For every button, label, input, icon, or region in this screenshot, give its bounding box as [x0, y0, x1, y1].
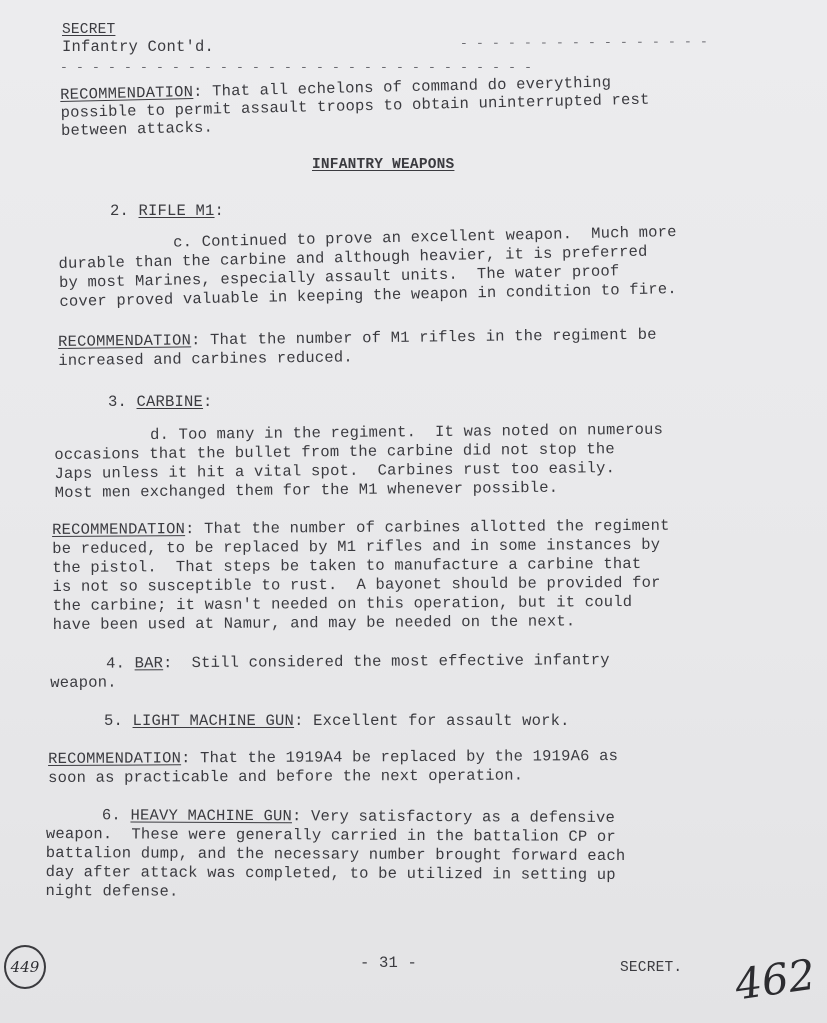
section-title: INFANTRY WEAPONS [312, 157, 454, 173]
classification-header: SECRET [62, 22, 115, 38]
item-rifle-m1-heading: 2. RIFLE M1: [110, 202, 224, 220]
divider-top: - - - - - - - - - - - - - - - - [460, 34, 708, 51]
section-continuation: Infantry Cont'd. [62, 38, 214, 56]
classification-footer: SECRET. [620, 960, 682, 976]
divider: - - - - - - - - - - - - - - - - - - - - … [60, 60, 532, 75]
page-number: - 31 - [360, 954, 417, 972]
handwritten-number: 462 [732, 950, 818, 1010]
item-carbine-heading: 3. CARBINE: [108, 393, 213, 411]
document-page: SECRET Infantry Cont'd. - - - - - - - - … [0, 0, 827, 1023]
circled-page-stamp: 449 [4, 945, 46, 989]
item-lmg: 5. LIGHT MACHINE GUN: Excellent for assa… [104, 712, 570, 730]
